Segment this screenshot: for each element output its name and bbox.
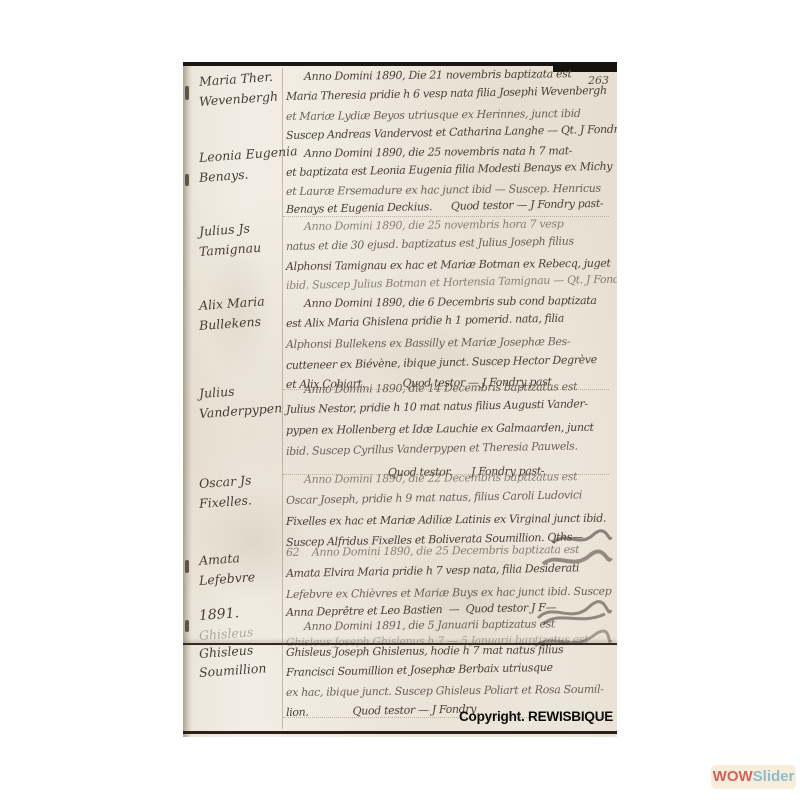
- margin-name: Alix Maria: [198, 292, 283, 313]
- entry-line: Alphonsi Bullekens ex Bassilly et Mariæ …: [286, 335, 570, 351]
- entry-line: et Lauræ Ersemadure ex hac junct ibid — …: [286, 182, 601, 198]
- entry-line: cutteneer ex Biévène, ibique junct. Susc…: [286, 353, 597, 372]
- entry-line: et baptizata est Leonia Eugenia filia Mo…: [286, 160, 612, 179]
- entry-line: Anno Domini 1891, die 5 Januarii baptiza…: [304, 617, 555, 633]
- margin-name: Oscar Js: [198, 470, 283, 491]
- margin-name: Maria Ther.: [198, 68, 283, 89]
- entry-line: ex hac, ibique junct. Suscep Ghisleus Po…: [286, 683, 604, 699]
- scan-bottom-border: [183, 731, 617, 734]
- entry-line: Fixelles ex hac et Mariæ Adiliæ Latinis …: [286, 512, 606, 528]
- wowslider-watermark[interactable]: WOWSlider: [711, 765, 796, 789]
- scan-top-border: [183, 62, 617, 66]
- entry-line: Anno Domini 1890, Die 21 novembris bapti…: [304, 67, 572, 83]
- entry-line: Anno Domini 1890, die 22 Decembris bapti…: [304, 470, 577, 486]
- entry-line: Francisci Soumillion et Josephæ Berbaix …: [286, 661, 553, 679]
- book-binding-edge: [183, 62, 192, 737]
- wowslider-slider-text: Slider: [753, 765, 795, 789]
- entry-line: Anno Domini 1890, die 6 Decembris sub co…: [304, 294, 597, 310]
- margin-name: Lefebvre: [198, 567, 283, 588]
- margin-name: Julius: [198, 380, 283, 401]
- entry-line: Julius Nestor, pridie h 10 mat natus fil…: [286, 397, 588, 416]
- entry-line: Maria Theresia pridie h 6 vesp nata fili…: [286, 84, 607, 103]
- margin-name: Leonia Eugenia: [198, 144, 283, 165]
- entry-line: Anno Domini 1890, die 25 novembris nata …: [304, 144, 572, 160]
- entry-line: Benays et Eugenia Deckius. Quod testor —…: [286, 197, 604, 216]
- entry-line: Anna Deprêtre et Leo Bastien — Quod test…: [286, 601, 556, 619]
- entry-line: Alphonsi Tamignau ex hac et Mariæ Botman…: [286, 257, 611, 273]
- entry-line: ibid. Suscep Cyrillus Vanderpypen et The…: [286, 439, 578, 458]
- page-canvas: { "page": { "page_number": "263", "copyr…: [0, 0, 800, 800]
- binding-stitch: [185, 560, 189, 573]
- margin-name: Julius Js: [198, 218, 283, 239]
- entry-line: ibid. Suscep Julius Botman et Hortensia …: [286, 272, 617, 292]
- entry-line: Anno Domini 1890, die 25 novembris hora …: [304, 217, 564, 233]
- margin-name: Ghisleus: [198, 622, 283, 643]
- entry-line: natus et die 30 ejusd. baptizatus est Ju…: [286, 234, 574, 253]
- entry-line: et Mariæ Lydiæ Beyos utriusque ex Herinn…: [286, 107, 581, 123]
- margin-year: 1891.: [198, 602, 283, 624]
- entry-line: 62 Anno Domini 1890, die 25 Decembris ba…: [286, 543, 579, 559]
- margin-name: Wevenbergh: [198, 88, 283, 109]
- wowslider-wow-text: WOW: [713, 765, 753, 789]
- binding-stitch: [185, 174, 189, 186]
- margin-name: Bullekens: [198, 312, 283, 333]
- register-page-scan: 263 Maria Ther. Wevenbergh Anno Domini 1…: [183, 62, 617, 737]
- entry-line: Amata Elvira Maria pridie h 7 vesp nata,…: [286, 561, 579, 580]
- binding-stitch: [185, 86, 189, 100]
- entry-line: est Alix Maria Ghislena pridie h 1 pomer…: [286, 312, 564, 330]
- binding-stitch: [185, 620, 189, 632]
- margin-name: Tamignau: [198, 238, 283, 259]
- entry-line: Suscep Andreas Vandervost et Catharina L…: [286, 123, 617, 142]
- copyright-watermark: Copyright. REWISBIQUE: [459, 709, 613, 724]
- entry-line: Oscar Joseph, pridie h 9 mat natus, fili…: [286, 488, 582, 507]
- entry-line: Lefebvre ex Chièvres et Mariæ Buys ex ha…: [286, 585, 612, 601]
- margin-name: Vanderpypen: [198, 400, 283, 421]
- margin-name: Soumillion: [198, 659, 283, 680]
- margin-name: Amata: [198, 547, 283, 568]
- entry-line: pypen ex Hollenberg et Idæ Lauchie ex Ga…: [286, 421, 594, 437]
- margin-name: Fixelles.: [198, 490, 283, 511]
- entry-line: Ghisleus Joseph Ghislenus, hodie h 7 mat…: [286, 643, 563, 659]
- entry-line: Anno Domini 1890, die 14 Decembris bapti…: [304, 380, 577, 396]
- margin-name: Benays.: [198, 164, 283, 185]
